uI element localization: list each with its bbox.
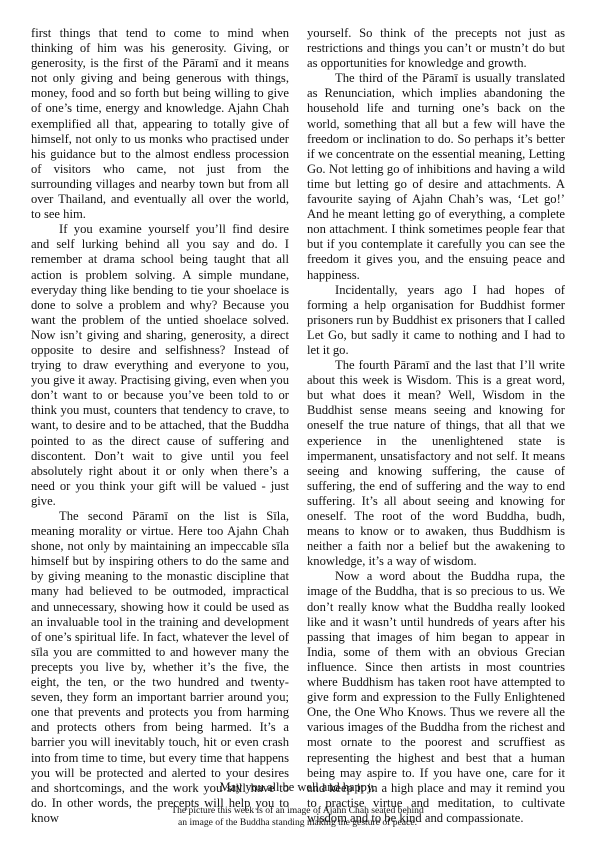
left-column: first things that tend to come to mind w… xyxy=(31,26,289,826)
picture-caption: The picture this week is of an image of … xyxy=(0,805,595,828)
paragraph-sila: The second Pāramī on the list is Sīla, m… xyxy=(31,509,289,826)
paragraph-desire-and-self: If you examine yourself you’ll find desi… xyxy=(31,222,289,509)
paragraph-generosity-continued: first things that tend to come to mind w… xyxy=(31,26,289,222)
paragraph-precepts-continued: yourself. So think of the precepts not j… xyxy=(307,26,565,71)
two-column-body: first things that tend to come to mind w… xyxy=(31,26,565,826)
document-page: first things that tend to come to mind w… xyxy=(0,0,595,842)
paragraph-wisdom: The fourth Pāramī and the last that I’ll… xyxy=(307,358,565,569)
caption-line-2: an image of the Buddha standing making t… xyxy=(0,817,595,829)
paragraph-let-go-organisation: Incidentally, years ago I had hopes of f… xyxy=(307,283,565,358)
paragraph-renunciation: The third of the Pāramī is usually trans… xyxy=(307,71,565,282)
closing-blessing: May you all be well and happy. xyxy=(0,780,595,795)
caption-line-1: The picture this week is of an image of … xyxy=(0,805,595,817)
right-column: yourself. So think of the precepts not j… xyxy=(307,26,565,826)
